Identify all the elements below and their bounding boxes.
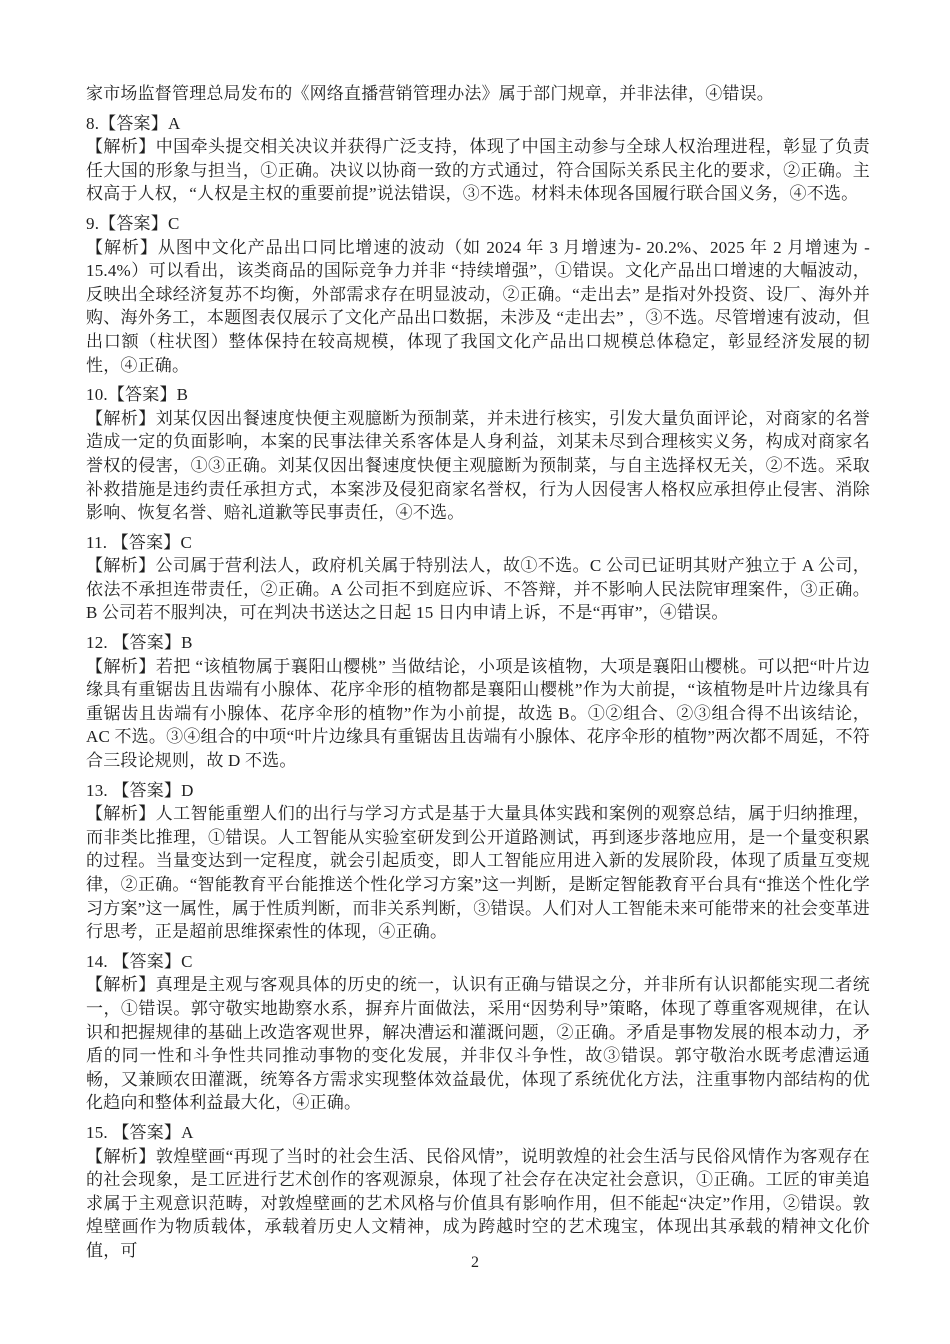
analysis-label: 【解析】 [86,556,156,575]
answer-line: 12. 【答案】B [86,631,870,655]
analysis-text: 若把 “该植物属于襄阳山樱桃” 当做结论，小项是该植物，大项是襄阳山樱桃。可以把… [86,657,870,770]
answer-letter: D [181,781,193,800]
answer-line: 8.【答案】A [86,112,870,136]
analysis-label: 【解析】 [86,137,156,156]
question-block-9: 9.【答案】C 【解析】从图中文化产品出口同比增速的波动（如 2024 年 3 … [86,212,870,377]
answer-label: 【答案】 [112,533,181,552]
answer-key-content: 家市场监督管理总局发布的《网络直播营销管理办法》属于部门规章，并非法律，④错误。… [86,82,870,1263]
question-block-15: 15. 【答案】A 【解析】敦煌壁画“再现了当时的社会生活、民俗风情”，说明敦煌… [86,1121,870,1263]
analysis-paragraph: 【解析】从图中文化产品出口同比增速的波动（如 2024 年 3 月增速为- 20… [86,236,870,378]
question-block-10: 10.【答案】B 【解析】刘某仅因出餐速度快便主观臆断为预制菜，并未进行核实，引… [86,383,870,525]
analysis-paragraph: 【解析】真理是主观与客观具体的历史的统一，认识有正确与错误之分，并非所有认识都能… [86,973,870,1115]
question-number: 12. [86,633,112,652]
question-number: 8. [86,114,99,133]
analysis-text: 中国牵头提交相关决议并获得广泛支持，体现了中国主动参与全球人权治理进程，彰显了负… [86,137,870,203]
analysis-text: 人工智能重塑人们的出行与学习方式是基于大量具体实践和案例的观察总结，属于归纳推理… [86,804,870,941]
analysis-paragraph: 【解析】敦煌壁画“再现了当时的社会生活、民俗风情”，说明敦煌的社会生活与民俗风情… [86,1145,870,1263]
question-number: 13. [86,781,112,800]
answer-label: 【答案】 [112,1123,181,1142]
question-block-8: 8.【答案】A 【解析】中国牵头提交相关决议并获得广泛支持，体现了中国主动参与全… [86,112,870,206]
answer-line: 11. 【答案】C [86,531,870,555]
analysis-text: 刘某仅因出餐速度快便主观臆断为预制菜，并未进行核实，引发大量负面评论，对商家的名… [86,409,870,522]
answer-label: 【答案】 [99,214,168,233]
answer-letter: A [181,1123,193,1142]
question-number: 9. [86,214,99,233]
analysis-paragraph: 【解析】刘某仅因出餐速度快便主观臆断为预制菜，并未进行核实，引发大量负面评论，对… [86,407,870,525]
question-block-13: 13. 【答案】D 【解析】人工智能重塑人们的出行与学习方式是基于大量具体实践和… [86,779,870,944]
analysis-label: 【解析】 [86,804,156,823]
analysis-paragraph: 【解析】人工智能重塑人们的出行与学习方式是基于大量具体实践和案例的观察总结，属于… [86,802,870,944]
answer-letter: B [177,385,189,404]
answer-line: 10.【答案】B [86,383,870,407]
answer-line: 14. 【答案】C [86,950,870,974]
question-block-11: 11. 【答案】C 【解析】公司属于营利法人，政府机关属于特别法人，故①不选。C… [86,531,870,625]
answer-line: 13. 【答案】D [86,779,870,803]
question-number: 14. [86,952,112,971]
answer-letter: B [181,633,193,652]
analysis-label: 【解析】 [86,238,158,257]
answer-label: 【答案】 [112,781,181,800]
answer-label: 【答案】 [112,952,181,971]
answer-letter: A [168,114,180,133]
analysis-label: 【解析】 [86,975,156,994]
question-number: 11. [86,533,112,552]
continuation-line: 家市场监督管理总局发布的《网络直播营销管理办法》属于部门规章，并非法律，④错误。 [86,82,870,106]
analysis-label: 【解析】 [86,657,156,676]
answer-line: 15. 【答案】A [86,1121,870,1145]
analysis-label: 【解析】 [86,1147,156,1166]
analysis-label: 【解析】 [86,409,156,428]
analysis-paragraph: 【解析】公司属于营利法人，政府机关属于特别法人，故①不选。C 公司已证明其财产独… [86,554,870,625]
analysis-paragraph: 【解析】若把 “该植物属于襄阳山樱桃” 当做结论，小项是该植物，大项是襄阳山樱桃… [86,655,870,773]
page-number: 2 [0,1254,950,1272]
analysis-text: 真理是主观与客观具体的历史的统一，认识有正确与错误之分，并非所有认识都能实现二者… [86,975,870,1112]
answer-label: 【答案】 [112,633,181,652]
answer-label: 【答案】 [108,385,177,404]
answer-letter: C [180,533,192,552]
answer-label: 【答案】 [99,114,168,133]
analysis-text: 公司属于营利法人，政府机关属于特别法人，故①不选。C 公司已证明其财产独立于 A… [86,556,870,622]
question-block-12: 12. 【答案】B 【解析】若把 “该植物属于襄阳山樱桃” 当做结论，小项是该植… [86,631,870,773]
question-number: 10. [86,385,108,404]
analysis-text: 从图中文化产品出口同比增速的波动（如 2024 年 3 月增速为- 20.2%、… [86,238,870,375]
answer-letter: C [168,214,180,233]
answer-letter: C [181,952,193,971]
question-block-14: 14. 【答案】C 【解析】真理是主观与客观具体的历史的统一，认识有正确与错误之… [86,950,870,1115]
answer-line: 9.【答案】C [86,212,870,236]
document-page: 家市场监督管理总局发布的《网络直播营销管理办法》属于部门规章，并非法律，④错误。… [0,0,950,1344]
question-number: 15. [86,1123,112,1142]
analysis-text: 敦煌壁画“再现了当时的社会生活、民俗风情”，说明敦煌的社会生活与民俗风情作为客观… [86,1147,870,1260]
analysis-paragraph: 【解析】中国牵头提交相关决议并获得广泛支持，体现了中国主动参与全球人权治理进程，… [86,135,870,206]
